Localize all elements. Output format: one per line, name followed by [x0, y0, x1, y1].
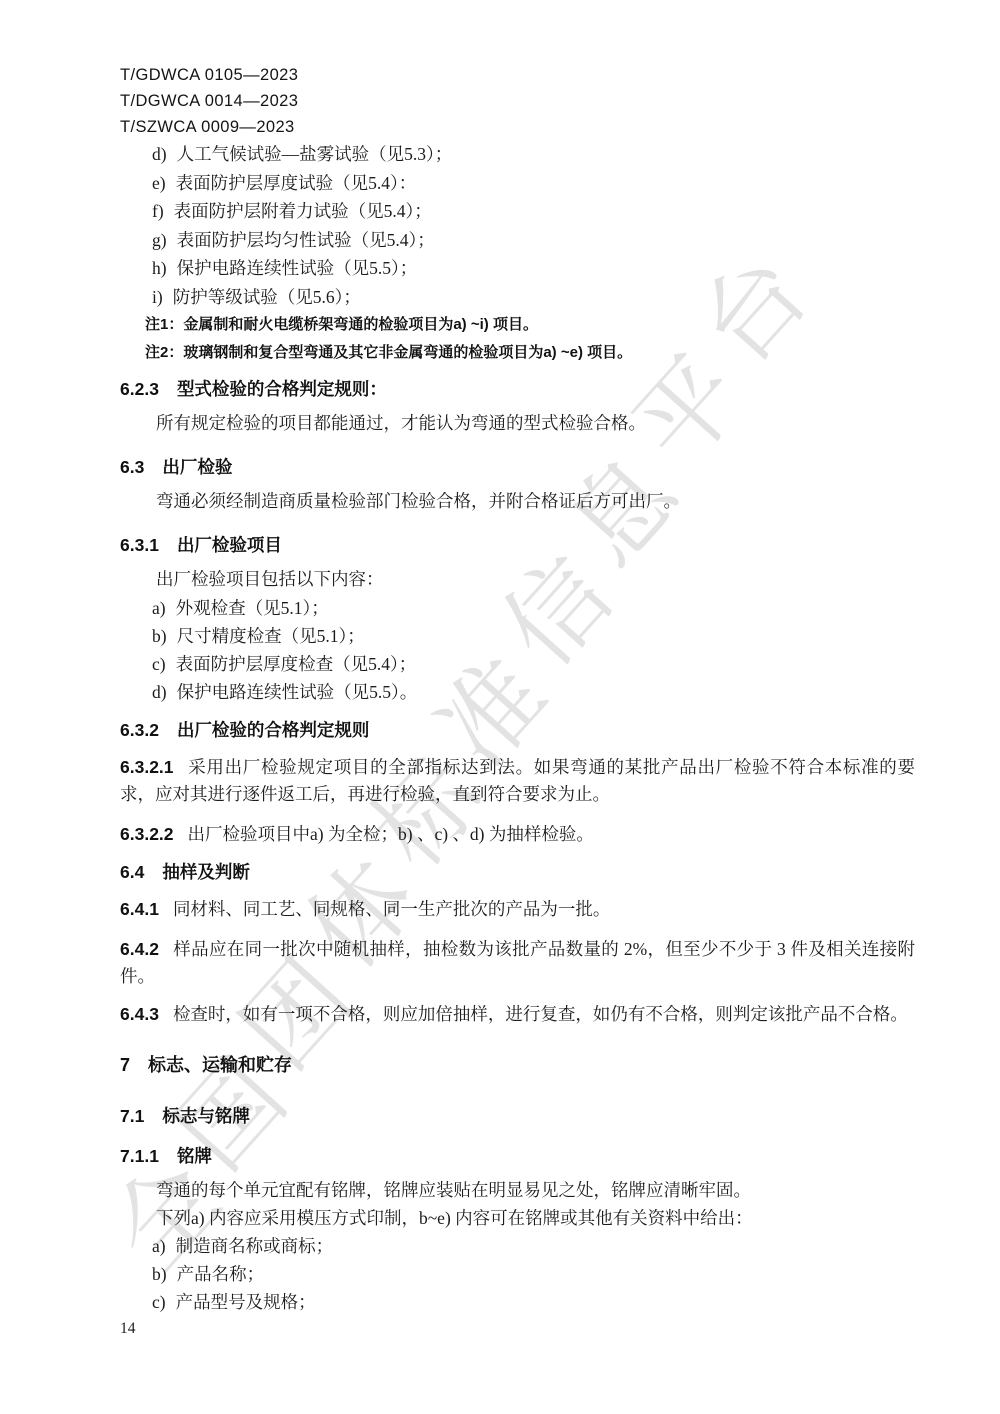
list-item-text: 制造商名称或商标； — [176, 1236, 334, 1256]
standard-number: T/GDWCA 0105—2023 — [120, 62, 915, 88]
numbered-paragraph: 6.4.1同材料、同工艺、同规格、同一生产批次的产品为一批。 — [120, 896, 915, 924]
paragraph-text: 检查时，如有一项不合格，则应加倍抽样，进行复查，如仍有不合格，则判定该批产品不合… — [173, 1004, 908, 1024]
paragraph-number: 6.3.2.2 — [120, 824, 174, 844]
list-item-text: 外观检查（见5.1）； — [176, 598, 329, 618]
list-item-text: 保护电路连续性试验（见5.5）。 — [177, 682, 418, 702]
section-heading-7-1-1: 7.1.1 铭牌 — [120, 1144, 915, 1168]
list-item: i)防护等级试验（见5.6）； — [152, 283, 915, 312]
list-item-label: b) — [152, 626, 167, 646]
standard-number: T/SZWCA 0009—2023 — [120, 114, 915, 140]
numbered-paragraph: 6.3.2.1采用出厂检验规定项目的全部指标达到法。如果弯通的某批产品出厂检验不… — [120, 754, 915, 809]
list-item-text: 表面防护层附着力试验（见5.4）； — [174, 201, 432, 221]
list-item-label: c) — [152, 654, 166, 674]
section-heading-6-3-1: 6.3.1 出厂检验项目 — [120, 533, 915, 557]
section-title: 出厂检验项目 — [177, 533, 282, 557]
section-number: 7.1.1 — [120, 1144, 159, 1168]
paragraph-text: 同材料、同工艺、同规格、同一生产批次的产品为一批。 — [173, 899, 611, 919]
list-item-label: a) — [152, 1236, 166, 1256]
list-item-label: a) — [152, 598, 166, 618]
list-item-text: 表面防护层均匀性试验（见5.4）； — [177, 230, 435, 250]
list-item-text: 防护等级试验（见5.6）； — [173, 287, 361, 307]
paragraph-number: 6.3.2.1 — [120, 757, 174, 777]
document-content: T/GDWCA 0105—2023 T/DGWCA 0014—2023 T/SZ… — [120, 62, 915, 1316]
list-item: h)保护电路连续性试验（见5.5）； — [152, 254, 915, 283]
paragraph-text: 样品应在同一批次中随机抽样，抽检数为该批产品数量的 2%，但至少不少于 3 件及… — [120, 939, 915, 987]
document-page: 全国团体标准信息平台 T/GDWCA 0105—2023 T/DGWCA 001… — [0, 0, 1000, 1414]
list-item-text: 保护电路连续性试验（见5.5）； — [177, 258, 418, 278]
paragraph-number: 6.4.1 — [120, 899, 159, 919]
list-item-text: 表面防护层厚度检查（见5.4）； — [176, 654, 417, 674]
list-item-label: g) — [152, 230, 167, 250]
list-item: e)表面防护层厚度试验（见5.4）： — [152, 169, 915, 198]
factory-test-item-list: a)外观检查（见5.1）； b)尺寸精度检查（见5.1）； c)表面防护层厚度检… — [152, 594, 915, 706]
list-item-label: c) — [152, 1292, 166, 1312]
section-number: 6.3 — [120, 455, 144, 479]
numbered-paragraph: 6.4.2样品应在同一批次中随机抽样，抽检数为该批产品数量的 2%，但至少不少于… — [120, 936, 915, 991]
page-number: 14 — [120, 1320, 136, 1338]
standard-number: T/DGWCA 0014—2023 — [120, 88, 915, 114]
section-heading-7-1: 7.1 标志与铭牌 — [120, 1104, 915, 1128]
note: 注1：金属制和耐火电缆桥架弯通的检验项目为a) ~i) 项目。 — [145, 311, 915, 339]
section-heading-6-3: 6.3 出厂检验 — [120, 455, 915, 479]
paragraph-number: 6.4.3 — [120, 1004, 159, 1024]
paragraph-number: 6.4.2 — [120, 939, 159, 959]
paragraph: 所有规定检验的项目都能通过，才能认为弯通的型式检验合格。 — [120, 410, 915, 437]
section-number: 7 — [120, 1052, 130, 1078]
list-item-label: d) — [152, 682, 167, 702]
list-item: a)外观检查（见5.1）； — [152, 594, 915, 622]
paragraph: 下列a) 内容应采用模压方式印制，b~e) 内容可在铭牌或其他有关资料中给出： — [120, 1204, 915, 1232]
section-title: 抽样及判断 — [162, 860, 250, 884]
list-item-text: 尺寸精度检查（见5.1）； — [177, 626, 365, 646]
list-item-text: 产品名称； — [177, 1264, 265, 1284]
paragraph-text: 采用出厂检验规定项目的全部指标达到法。如果弯通的某批产品出厂检验不符合本标准的要… — [120, 757, 915, 805]
section-title: 型式检验的合格判定规则： — [177, 377, 387, 401]
list-item: c)表面防护层厚度检查（见5.4）； — [152, 650, 915, 678]
nameplate-item-list: a)制造商名称或商标； b)产品名称； c)产品型号及规格； — [152, 1232, 915, 1316]
section-heading-6-2-3: 6.2.3 型式检验的合格判定规则： — [120, 377, 915, 401]
type-test-item-list: d)人工气候试验—盐雾试验（见5.3）； e)表面防护层厚度试验（见5.4）： … — [152, 140, 915, 311]
list-item: c)产品型号及规格； — [152, 1288, 915, 1316]
list-item-label: e) — [152, 173, 166, 193]
list-item-text: 产品型号及规格； — [176, 1292, 316, 1312]
section-number: 6.3.2 — [120, 718, 159, 742]
note: 注2：玻璃钢制和复合型弯通及其它非金属弯通的检验项目为a) ~e) 项目。 — [145, 339, 915, 367]
section-title: 标志与铭牌 — [162, 1104, 250, 1128]
paragraph-text: 出厂检验项目中a) 为全检；b) 、c) 、d) 为抽样检验。 — [188, 824, 594, 844]
section-heading-7: 7 标志、运输和贮存 — [120, 1052, 915, 1078]
section-number: 6.2.3 — [120, 377, 159, 401]
section-title: 铭牌 — [177, 1144, 212, 1168]
notes-block: 注1：金属制和耐火电缆桥架弯通的检验项目为a) ~i) 项目。 注2：玻璃钢制和… — [145, 311, 915, 367]
section-title: 出厂检验的合格判定规则 — [177, 718, 370, 742]
paragraph: 出厂检验项目包括以下内容： — [120, 565, 915, 594]
list-item: d)人工气候试验—盐雾试验（见5.3）； — [152, 140, 915, 169]
list-item-label: d) — [152, 144, 167, 164]
numbered-paragraph: 6.3.2.2出厂检验项目中a) 为全检；b) 、c) 、d) 为抽样检验。 — [120, 821, 915, 849]
list-item: f)表面防护层附着力试验（见5.4）； — [152, 197, 915, 226]
list-item-label: i) — [152, 287, 163, 307]
list-item: b)尺寸精度检查（见5.1）； — [152, 622, 915, 650]
section-number: 7.1 — [120, 1104, 144, 1128]
section-heading-6-3-2: 6.3.2 出厂检验的合格判定规则 — [120, 718, 915, 742]
section-heading-6-4: 6.4 抽样及判断 — [120, 860, 915, 884]
paragraph: 弯通的每个单元宜配有铭牌，铭牌应装贴在明显易见之处，铭牌应清晰牢固。 — [120, 1176, 915, 1204]
list-item-label: b) — [152, 1264, 167, 1284]
standard-header: T/GDWCA 0105—2023 T/DGWCA 0014—2023 T/SZ… — [120, 62, 915, 140]
list-item: b)产品名称； — [152, 1260, 915, 1288]
list-item-text: 表面防护层厚度试验（见5.4）： — [176, 173, 417, 193]
list-item-label: f) — [152, 201, 164, 221]
section-number: 6.3.1 — [120, 533, 159, 557]
list-item: d)保护电路连续性试验（见5.5）。 — [152, 678, 915, 706]
list-item-label: h) — [152, 258, 167, 278]
numbered-paragraph: 6.4.3检查时，如有一项不合格，则应加倍抽样，进行复查，如仍有不合格，则判定该… — [120, 1001, 915, 1029]
section-title: 出厂检验 — [162, 455, 232, 479]
list-item-text: 人工气候试验—盐雾试验（见5.3）； — [177, 144, 453, 164]
list-item: g)表面防护层均匀性试验（见5.4）； — [152, 226, 915, 255]
section-number: 6.4 — [120, 860, 144, 884]
list-item: a)制造商名称或商标； — [152, 1232, 915, 1260]
section-title: 标志、运输和贮存 — [148, 1052, 292, 1078]
paragraph: 弯通必须经制造商质量检验部门检验合格，并附合格证后方可出厂。 — [120, 488, 915, 515]
